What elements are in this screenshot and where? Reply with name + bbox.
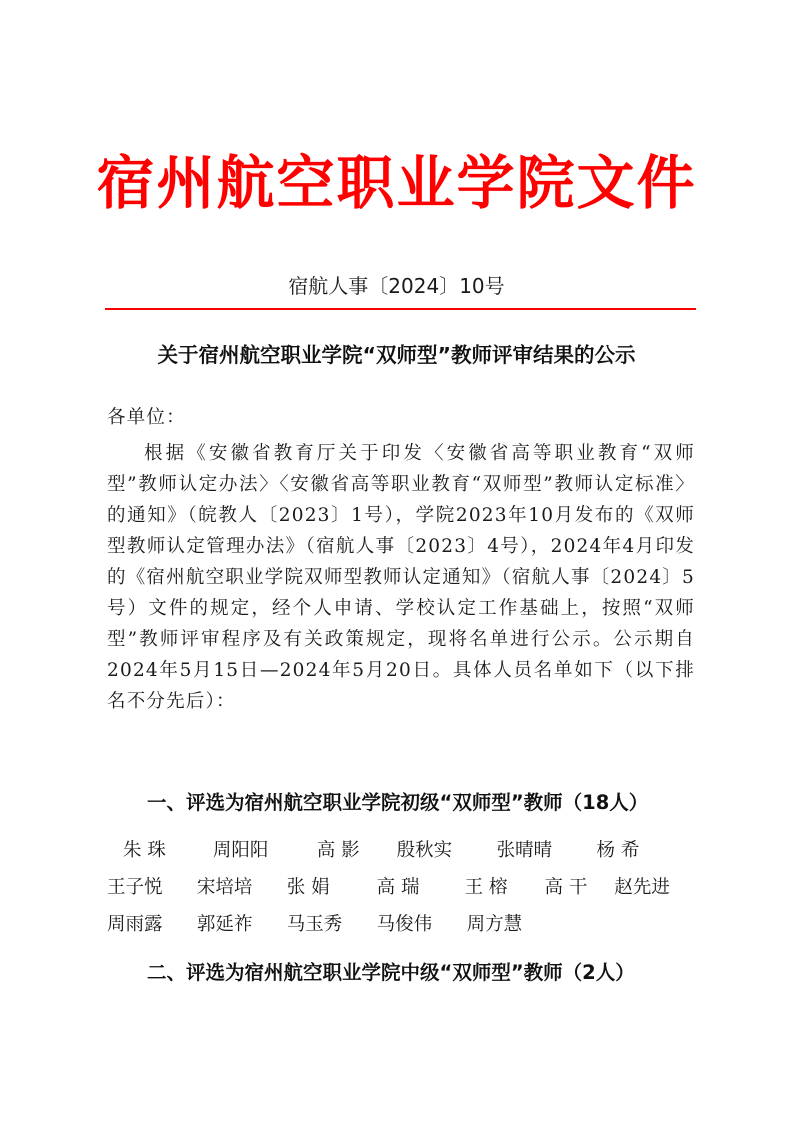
document-page: 宿州航空职业学院文件 宿航人事〔2024〕10号 关于宿州航空职业学院“双师型”… xyxy=(0,0,793,1122)
notice-body: 各单位： 根据《安徽省教育厅关于印发〈安徽省高等职业教育“双师型”教师认定办法〉… xyxy=(107,402,695,717)
name-entry: 张晴晴 xyxy=(497,832,591,869)
names-row-2: 王子悦 宋培培 张 娟 高 瑞 王 榕 高 干 赵先进 xyxy=(107,869,707,906)
name-entry: 周方慧 xyxy=(467,906,523,943)
name-entry: 王 榕 xyxy=(465,869,539,906)
notice-title: 关于宿州航空职业学院“双师型”教师评审结果的公示 xyxy=(0,340,793,370)
name-entry: 朱 珠 xyxy=(123,832,207,869)
name-entry: 王子悦 xyxy=(107,869,191,906)
name-entry: 马玉秀 xyxy=(287,906,371,943)
salutation: 各单位： xyxy=(107,402,695,433)
section-heading-junior: 一、评选为宿州航空职业学院初级“双师型”教师（18人） xyxy=(147,788,648,818)
name-entry: 郭延祚 xyxy=(197,906,281,943)
name-entry: 张 娟 xyxy=(287,869,371,906)
name-entry: 赵先进 xyxy=(614,869,670,906)
name-entry: 高 干 xyxy=(544,869,608,906)
document-number: 宿航人事〔2024〕10号 xyxy=(0,272,793,300)
names-row-1: 朱 珠 周阳阳 高 影 殷秋实 张晴晴 杨 希 xyxy=(107,832,707,869)
body-paragraph: 根据《安徽省教育厅关于印发〈安徽省高等职业教育“双师型”教师认定办法〉〈安徽省高… xyxy=(107,438,695,717)
name-entry: 周雨露 xyxy=(107,906,191,943)
masthead-title: 宿州航空职业学院文件 xyxy=(0,148,793,218)
name-entry: 周阳阳 xyxy=(213,832,311,869)
junior-names-list: 朱 珠 周阳阳 高 影 殷秋实 张晴晴 杨 希 王子悦 宋培培 张 娟 高 瑞 … xyxy=(107,832,707,943)
name-entry: 高 影 xyxy=(317,832,391,869)
name-entry: 马俊伟 xyxy=(377,906,461,943)
name-entry: 殷秋实 xyxy=(397,832,491,869)
name-entry: 宋培培 xyxy=(197,869,281,906)
section-heading-intermediate: 二、评选为宿州航空职业学院中级“双师型”教师（2人） xyxy=(147,958,635,988)
red-divider-line xyxy=(105,308,696,310)
names-row-3: 周雨露 郭延祚 马玉秀 马俊伟 周方慧 xyxy=(107,906,707,943)
name-entry: 杨 希 xyxy=(596,832,639,869)
name-entry: 高 瑞 xyxy=(377,869,459,906)
